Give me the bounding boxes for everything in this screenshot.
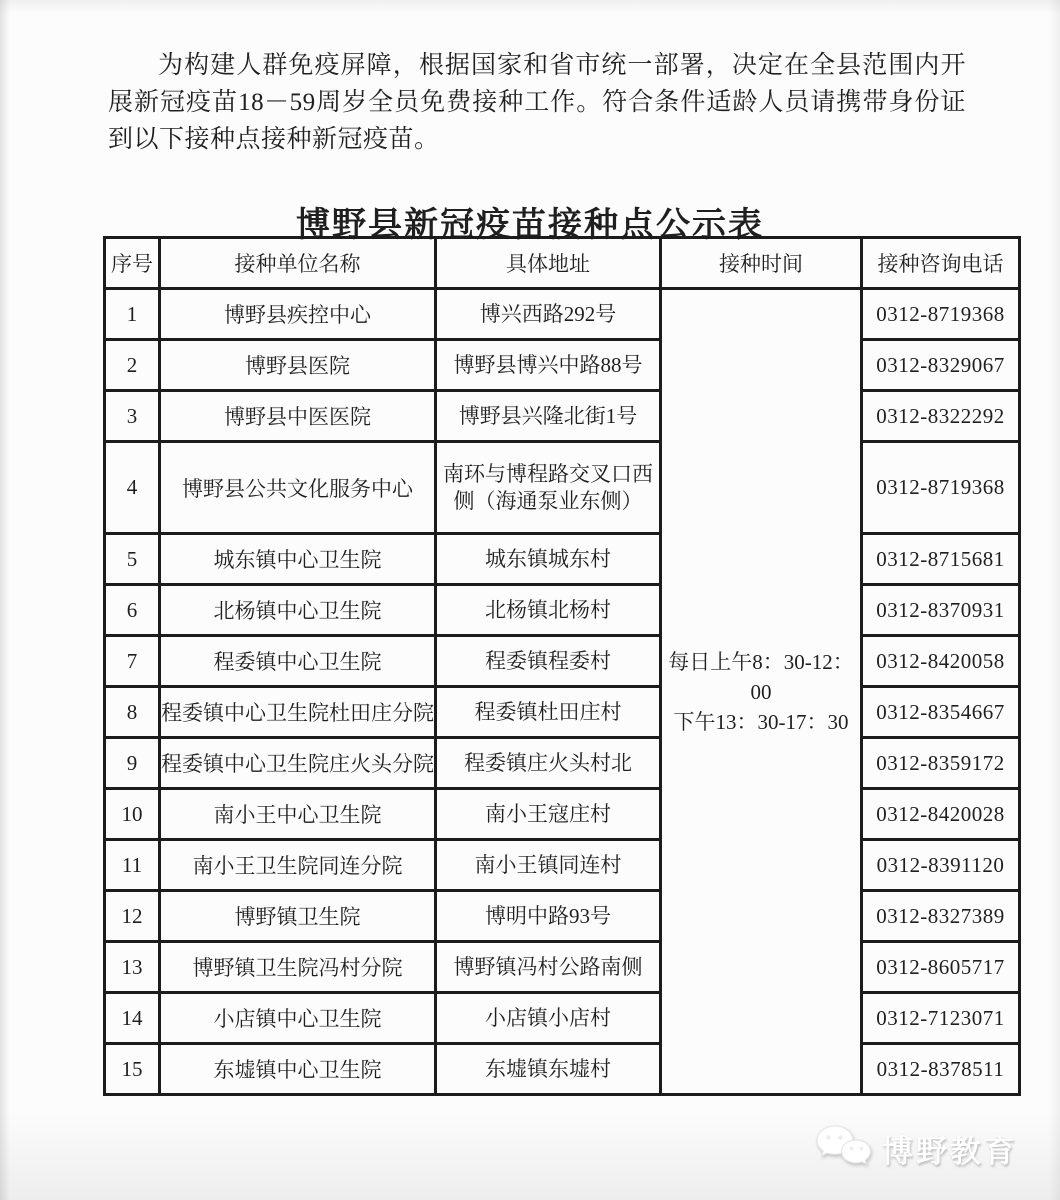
address-cell: 博明中路93号: [436, 891, 661, 942]
row-number-cell: 13: [105, 942, 160, 993]
table-row: 13 博野镇卫生院冯村分院 博野镇冯村公路南侧 0312-8605717: [105, 942, 1020, 993]
unit-name-cell: 程委镇中心卫生院庄火头分院: [160, 738, 436, 789]
vaccination-sites-table: 序号 接种单位名称 具体地址 接种时间 接种咨询电话 1 博野县疾控中心 博兴西…: [103, 236, 1021, 1096]
header-address: 具体地址: [436, 238, 661, 289]
unit-name-cell: 城东镇中心卫生院: [160, 534, 436, 585]
address-cell: 程委镇程委村: [436, 636, 661, 687]
phone-cell: 0312-8359172: [862, 738, 1020, 789]
unit-name-cell: 博野镇卫生院: [160, 891, 436, 942]
table-row: 15 东墟镇中心卫生院 东墟镇东墟村 0312-8378511: [105, 1044, 1020, 1095]
phone-cell: 0312-7123071: [862, 993, 1020, 1044]
address-cell: 东墟镇东墟村: [436, 1044, 661, 1095]
table-row: 1 博野县疾控中心 博兴西路292号 每日上午8：30-12：00 下午13：3…: [105, 289, 1020, 340]
phone-cell: 0312-8420058: [862, 636, 1020, 687]
unit-name-cell: 博野镇卫生院冯村分院: [160, 942, 436, 993]
row-number-cell: 1: [105, 289, 160, 340]
row-number-cell: 10: [105, 789, 160, 840]
table-row: 9 程委镇中心卫生院庄火头分院 程委镇庄火头村北 0312-8359172: [105, 738, 1020, 789]
row-number-cell: 3: [105, 391, 160, 442]
phone-cell: 0312-8391120: [862, 840, 1020, 891]
time-line-afternoon: 下午13：30-17：30: [662, 707, 860, 737]
unit-name-cell: 小店镇中心卫生院: [160, 993, 436, 1044]
address-cell: 博野县博兴中路88号: [436, 340, 661, 391]
time-line-morning: 每日上午8：30-12：00: [662, 647, 860, 707]
table-row: 8 程委镇中心卫生院杜田庄分院 程委镇杜田庄村 0312-8354667: [105, 687, 1020, 738]
table-row: 11 南小王卫生院同连分院 南小王镇同连村 0312-8391120: [105, 840, 1020, 891]
row-number-cell: 4: [105, 442, 160, 534]
watermark-text: 博野教育: [882, 1126, 1018, 1171]
table-row: 2 博野县医院 博野县博兴中路88号 0312-8329067: [105, 340, 1020, 391]
row-number-cell: 7: [105, 636, 160, 687]
unit-name-cell: 博野县医院: [160, 340, 436, 391]
unit-name-cell: 博野县公共文化服务中心: [160, 442, 436, 534]
unit-name-cell: 程委镇中心卫生院杜田庄分院: [160, 687, 436, 738]
header-no: 序号: [105, 238, 160, 289]
address-cell: 博野镇冯村公路南侧: [436, 942, 661, 993]
address-cell: 博兴西路292号: [436, 289, 661, 340]
unit-name-cell: 北杨镇中心卫生院: [160, 585, 436, 636]
address-cell: 程委镇庄火头村北: [436, 738, 661, 789]
unit-name-cell: 程委镇中心卫生院: [160, 636, 436, 687]
table-row: 4 博野县公共文化服务中心 南环与博程路交叉口西侧（海通泵业东侧） 0312-8…: [105, 442, 1020, 534]
address-cell: 北杨镇北杨村: [436, 585, 661, 636]
phone-cell: 0312-8322292: [862, 391, 1020, 442]
row-number-cell: 9: [105, 738, 160, 789]
table-row: 5 城东镇中心卫生院 城东镇城东村 0312-8715681: [105, 534, 1020, 585]
unit-name-cell: 博野县中医医院: [160, 391, 436, 442]
unit-name-cell: 博野县疾控中心: [160, 289, 436, 340]
header-time: 接种时间: [661, 238, 862, 289]
phone-cell: 0312-8420028: [862, 789, 1020, 840]
address-cell: 程委镇杜田庄村: [436, 687, 661, 738]
table-row: 6 北杨镇中心卫生院 北杨镇北杨村 0312-8370931: [105, 585, 1020, 636]
phone-cell: 0312-8719368: [862, 442, 1020, 534]
unit-name-cell: 东墟镇中心卫生院: [160, 1044, 436, 1095]
table-row: 10 南小王中心卫生院 南小王寇庄村 0312-8420028: [105, 789, 1020, 840]
address-cell: 城东镇城东村: [436, 534, 661, 585]
phone-cell: 0312-8354667: [862, 687, 1020, 738]
unit-name-clipped: 程委镇中心卫生院庄火头分院: [161, 748, 434, 778]
row-number-cell: 2: [105, 340, 160, 391]
header-phone: 接种咨询电话: [862, 238, 1020, 289]
row-number-cell: 11: [105, 840, 160, 891]
row-number-cell: 6: [105, 585, 160, 636]
wechat-icon: [814, 1123, 872, 1174]
table-row: 14 小店镇中心卫生院 小店镇小店村 0312-7123071: [105, 993, 1020, 1044]
phone-cell: 0312-8327389: [862, 891, 1020, 942]
table-row: 7 程委镇中心卫生院 程委镇程委村 0312-8420058: [105, 636, 1020, 687]
phone-cell: 0312-8370931: [862, 585, 1020, 636]
row-number-cell: 5: [105, 534, 160, 585]
table-row: 12 博野镇卫生院 博明中路93号 0312-8327389: [105, 891, 1020, 942]
header-unit-name: 接种单位名称: [160, 238, 436, 289]
phone-cell: 0312-8605717: [862, 942, 1020, 993]
row-number-cell: 8: [105, 687, 160, 738]
row-number-cell: 12: [105, 891, 160, 942]
phone-cell: 0312-8378511: [862, 1044, 1020, 1095]
address-cell: 南小王寇庄村: [436, 789, 661, 840]
vaccination-time-cell: 每日上午8：30-12：00 下午13：30-17：30: [661, 289, 862, 1095]
address-cell: 小店镇小店村: [436, 993, 661, 1044]
phone-cell: 0312-8329067: [862, 340, 1020, 391]
table-header-row: 序号 接种单位名称 具体地址 接种时间 接种咨询电话: [105, 238, 1020, 289]
address-cell: 南小王镇同连村: [436, 840, 661, 891]
unit-name-cell: 南小王中心卫生院: [160, 789, 436, 840]
row-number-cell: 14: [105, 993, 160, 1044]
table-row: 3 博野县中医医院 博野县兴隆北街1号 0312-8322292: [105, 391, 1020, 442]
address-cell: 博野县兴隆北街1号: [436, 391, 661, 442]
unit-name-cell: 南小王卫生院同连分院: [160, 840, 436, 891]
phone-cell: 0312-8719368: [862, 289, 1020, 340]
row-number-cell: 15: [105, 1044, 160, 1095]
intro-paragraph: 为构建人群免疫屏障，根据国家和省市统一部署，决定在全县范围内开展新冠疫苗18－5…: [108, 47, 966, 158]
phone-cell: 0312-8715681: [862, 534, 1020, 585]
watermark: 博野教育: [814, 1123, 1018, 1174]
unit-name-clipped: 程委镇中心卫生院杜田庄分院: [161, 697, 434, 727]
address-cell: 南环与博程路交叉口西侧（海通泵业东侧）: [436, 442, 661, 534]
